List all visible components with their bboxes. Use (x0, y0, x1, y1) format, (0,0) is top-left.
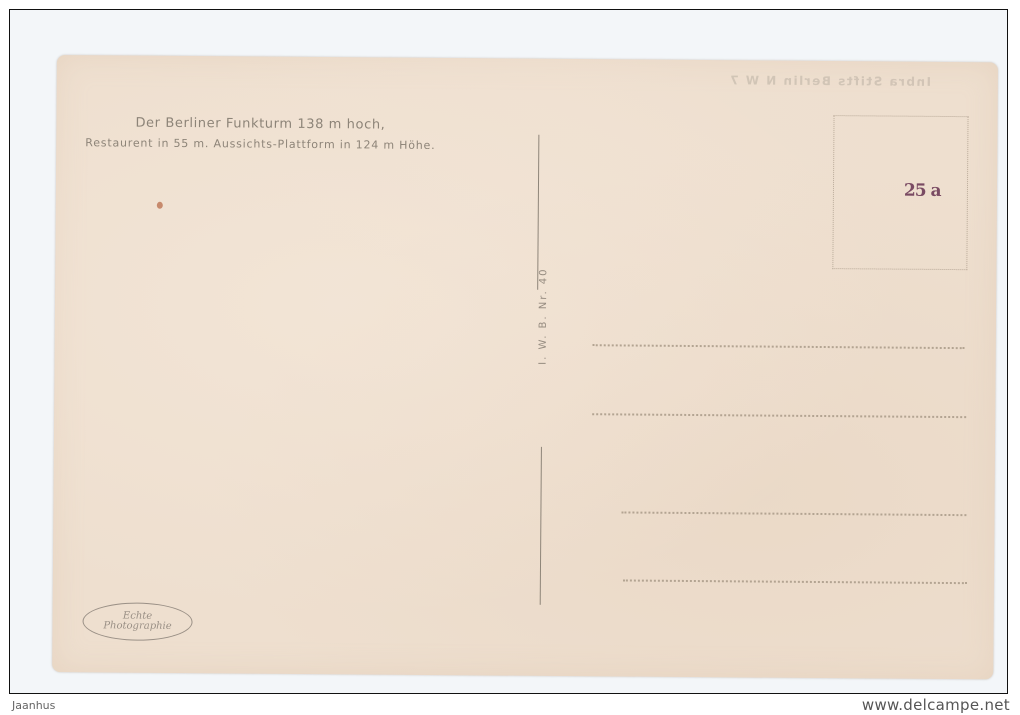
watermark-url: www.delcampe.net (862, 696, 1010, 714)
caption-title: Der Berliner Funkturm 138 m hoch, (135, 116, 385, 133)
divider-line-bottom (540, 447, 542, 605)
address-line (623, 579, 967, 584)
address-line (592, 413, 966, 418)
caption-subtitle: Restaurent in 55 m. Aussichts-Plattform … (85, 136, 435, 152)
handwritten-price-mark: 25 a (904, 181, 941, 201)
mirrored-bleed-text: Inbra Stifts Berlin N W 7 (729, 73, 931, 89)
address-line (593, 344, 965, 349)
image-frame: Der Berliner Funkturm 138 m hoch, Restau… (9, 9, 1008, 694)
seller-name: Jaanhus (12, 699, 55, 712)
stain-spot (157, 202, 163, 209)
publisher-number: I. W. B. Nr. 40 (538, 267, 550, 364)
address-line (621, 511, 966, 516)
stamp-box: 25 a (832, 115, 968, 270)
echte-photographie-logo: Echte Photographie (82, 602, 192, 641)
postcard-back: Der Berliner Funkturm 138 m hoch, Restau… (52, 55, 998, 679)
logo-line2: Photographie (103, 621, 171, 632)
